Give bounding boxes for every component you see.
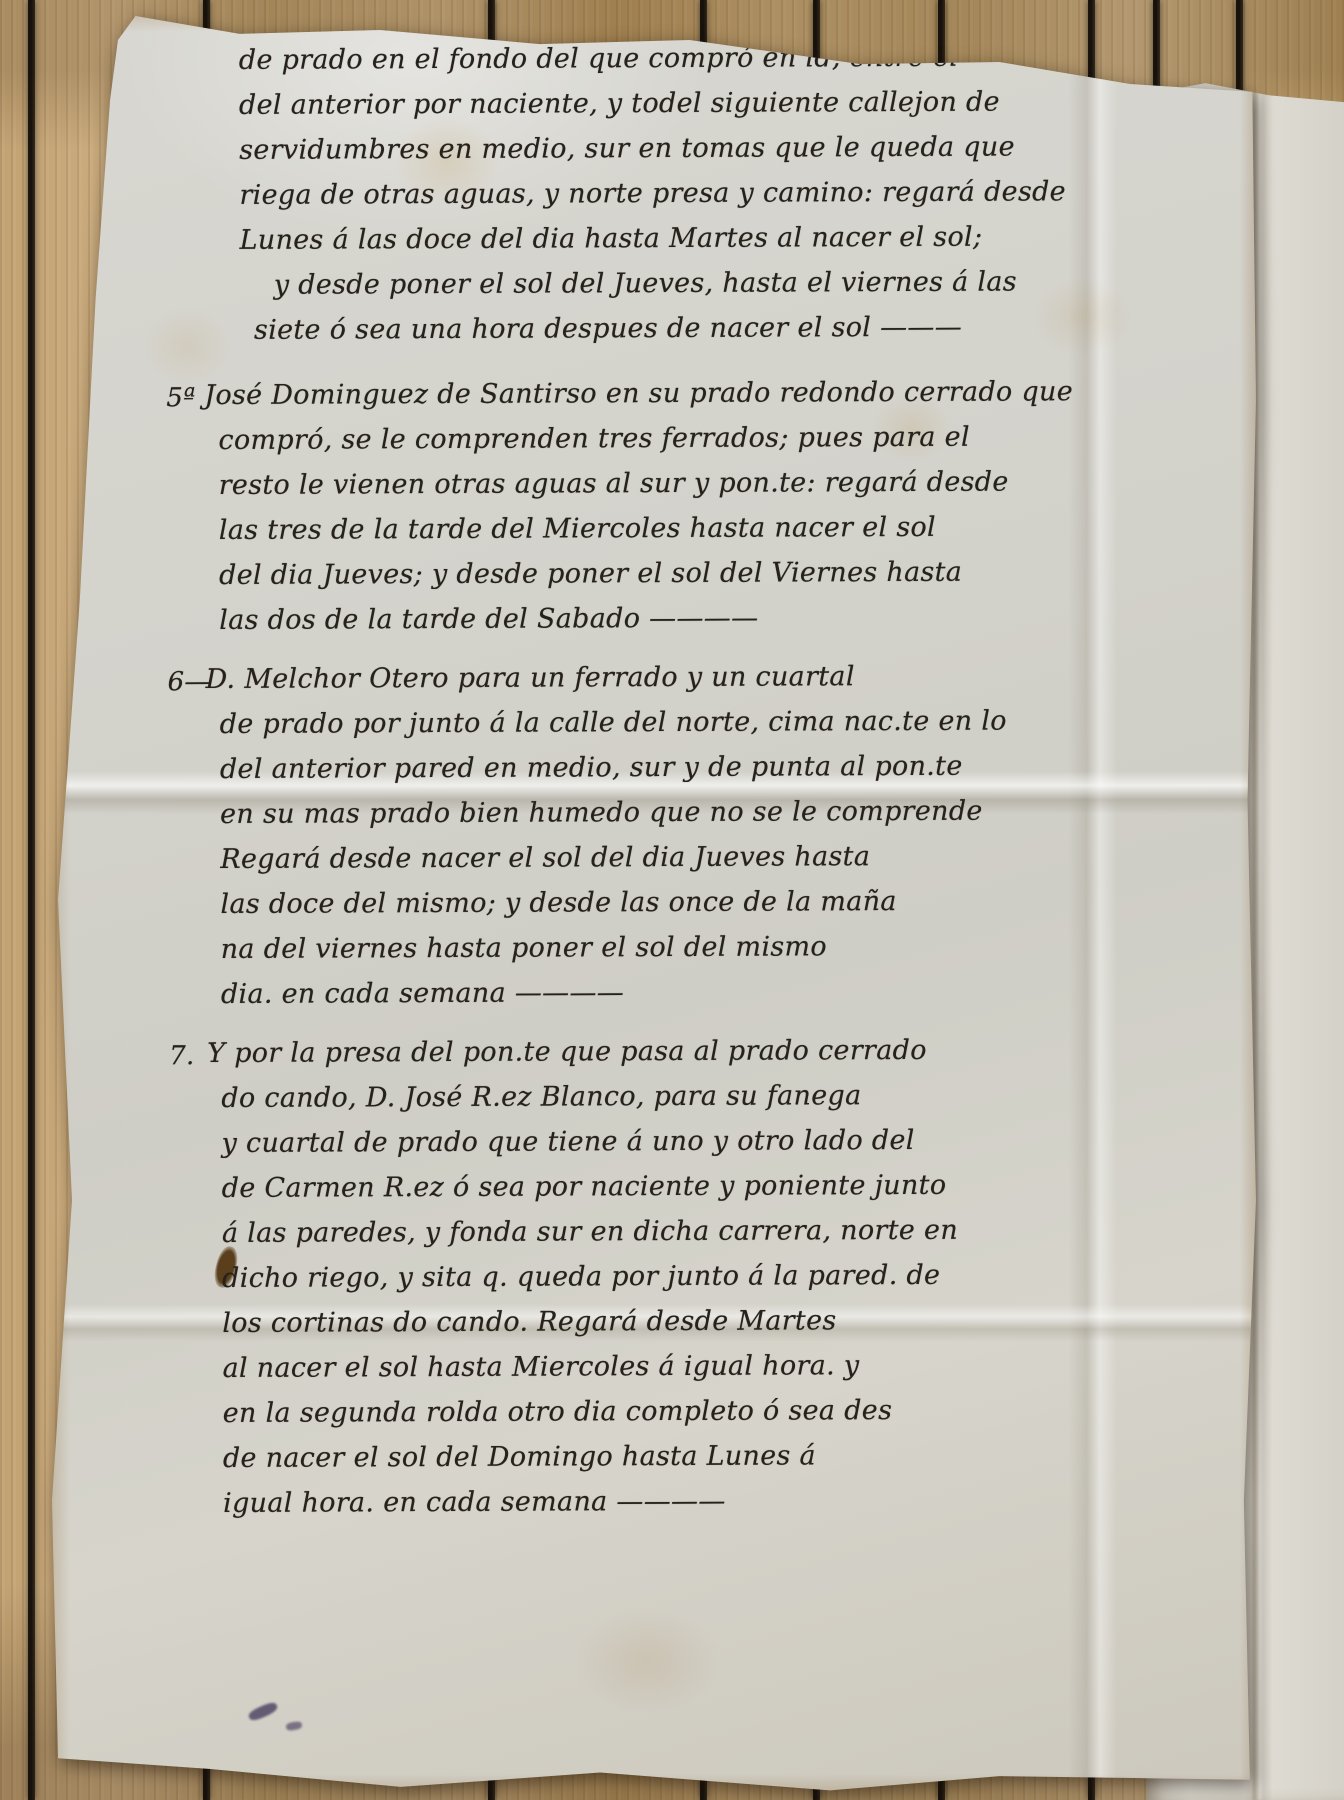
ink-smudge-mark	[285, 1721, 302, 1732]
item-number: 5ª	[166, 376, 196, 421]
manuscript-line: siete ó sea una hora despues de nacer el…	[240, 304, 1118, 353]
item-number: 7.	[169, 1034, 195, 1079]
manuscript-line: las dos de la tarde del Sabado ————	[219, 594, 1119, 643]
manuscript-line: servidumbres en medio, sur en tomas que …	[239, 124, 1117, 173]
manuscript-line: de Carmen R.ez ó sea por naciente y poni…	[222, 1162, 1122, 1211]
manuscript-line: al nacer el sol hasta Miercoles á igual …	[222, 1342, 1122, 1391]
manuscript-line: compró, se le comprenden tres ferrados; …	[218, 414, 1118, 463]
manuscript-paragraph: 7.Y por la presa del pon.te que pasa al …	[221, 1027, 1123, 1526]
manuscript-page: de prado en el fondo del que compró en i…	[52, 6, 1262, 1794]
manuscript-line: á las paredes, y fonda sur en dicha carr…	[222, 1207, 1122, 1256]
photo-of-manuscript: { "manuscript": { "paragraphs": [ { "mar…	[0, 0, 1344, 1800]
manuscript-line: do cando, D. José R.ez Blanco, para su f…	[221, 1072, 1121, 1121]
manuscript-paragraph: 6—D. Melchor Otero para un ferrado y un …	[219, 653, 1121, 1017]
manuscript-line: del anterior por naciente, y todel sigui…	[239, 79, 1117, 128]
manuscript-line: y cuartal de prado que tiene á uno y otr…	[221, 1117, 1121, 1166]
manuscript-line: dicho riego, y sita q. queda por junto á…	[222, 1252, 1122, 1301]
manuscript-line: del anterior pared en medio, sur y de pu…	[220, 743, 1120, 792]
manuscript-line: los cortinas do cando. Regará desde Mart…	[222, 1297, 1122, 1346]
manuscript-line: Lunes á las doce del dia hasta Martes al…	[240, 214, 1118, 263]
manuscript-line: igual hora. en cada semana ————	[223, 1477, 1123, 1526]
manuscript-line: resto le vienen otras aguas al sur y pon…	[219, 459, 1119, 508]
item-number: 6—	[167, 660, 210, 705]
manuscript-paragraph: de prado en el fondo del que compró en i…	[217, 34, 1118, 353]
manuscript-paragraph: 5ªJosé Dominguez de Santirso en su prado…	[218, 369, 1119, 643]
manuscript-line: D. Melchor Otero para un ferrado y un cu…	[205, 653, 1119, 702]
manuscript-line: de prado en el fondo del que compró en i…	[239, 34, 1117, 83]
manuscript-line: de prado por junto á la calle del norte,…	[220, 698, 1120, 747]
manuscript-line: en la segunda rolda otro dia completo ó …	[223, 1387, 1123, 1436]
manuscript-line: en su mas prado bien humedo que no se le…	[220, 788, 1120, 837]
manuscript-line: riega de otras aguas, y norte presa y ca…	[239, 169, 1117, 218]
paper-stain	[572, 1606, 722, 1716]
manuscript-text: de prado en el fondo del que compró en i…	[217, 34, 1124, 1540]
manuscript-line: Regará desde nacer el sol del dia Jueves…	[220, 833, 1120, 882]
manuscript-line: Y por la presa del pon.te que pasa al pr…	[207, 1027, 1121, 1076]
manuscript-page-wrap: de prado en el fondo del que compró en i…	[0, 0, 1344, 1800]
manuscript-line: na del viernes hasta poner el sol del mi…	[221, 923, 1121, 972]
manuscript-line: de nacer el sol del Domingo hasta Lunes …	[223, 1432, 1123, 1481]
manuscript-line: dia. en cada semana ————	[221, 968, 1121, 1017]
ink-smudge-mark	[247, 1700, 279, 1722]
manuscript-line: las doce del mismo; y desde las once de …	[220, 878, 1120, 927]
manuscript-line: del dia Jueves; y desde poner el sol del…	[219, 549, 1119, 598]
manuscript-line: las tres de la tarde del Miercoles hasta…	[219, 504, 1119, 553]
manuscript-line: José Dominguez de Santirso en su prado r…	[204, 369, 1118, 418]
manuscript-line: y desde poner el sol del Jueves, hasta e…	[240, 259, 1118, 308]
